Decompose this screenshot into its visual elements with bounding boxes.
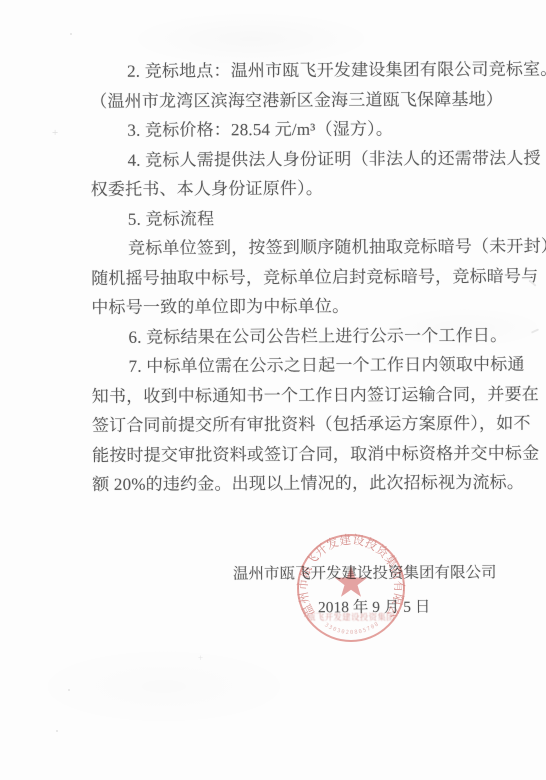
- seal-band-text: 瓯飞开发建设投资集团: [307, 612, 395, 622]
- scan-speck: [531, 328, 539, 333]
- doc-line: 知书，收到中标通知书一个工作日内签订运输合同，并要在: [92, 379, 512, 411]
- seal-serial-text: 3303020805708: [323, 621, 380, 636]
- scan-speck: [68, 689, 70, 691]
- scan-speck: [70, 33, 72, 35]
- doc-line: 5. 竞标流程: [91, 202, 511, 234]
- doc-line: 签订合同前提交所有审批资料（包括承运方案原件），如不: [92, 409, 512, 441]
- official-seal: 温州市瓯飞开发建设投资集团有限公司 瓯飞开发建设投资集团 33030208057…: [293, 530, 409, 646]
- doc-line: 4. 竞标人需提供法人身份证明（非法人的还需带法人授: [90, 143, 510, 175]
- doc-line: 7. 中标单位需在公示之日起一个工作日内领取中标通: [92, 350, 512, 382]
- doc-line: 中标号一致的单位即为中标单位。: [91, 291, 511, 323]
- doc-line: 竞标单位签到，按签到顺序随机抽取竞标暗号（未开封），: [91, 232, 511, 264]
- doc-line: 随机摇号抽取中标号，竞标单位启封竞标暗号，竞标暗号与: [91, 261, 511, 293]
- doc-line: 6. 竞标结果在公司公告栏上进行公示一个工作日。: [91, 320, 511, 352]
- scanned-document-page: 2. 竞标地点：温州市瓯飞开发建设集团有限公司竞标室。 （温州市龙湾区滨海空港新…: [0, 0, 546, 780]
- doc-line: 额 20%的违约金。出现以上情况的，此次招标视为流标。: [92, 468, 512, 500]
- scan-speck: +: [198, 653, 203, 664]
- doc-line: （温州市龙湾区滨海空港新区金海三道瓯飞保障基地）: [90, 84, 510, 116]
- document-text-block: 2. 竞标地点：温州市瓯飞开发建设集团有限公司竞标室。 （温州市龙湾区滨海空港新…: [90, 55, 512, 500]
- star-icon: [335, 566, 367, 597]
- scan-speck: [56, 730, 58, 732]
- doc-line: 3. 竞标价格：28.54 元/m³（湿方）。: [90, 114, 510, 146]
- doc-line: 权委托书、本人身份证原件）。: [91, 173, 511, 205]
- doc-line: 能按时提交审批资料或签订合同，取消中标资格并交中标金: [92, 438, 512, 470]
- scan-speck: +: [52, 128, 58, 139]
- doc-line: 2. 竞标地点：温州市瓯飞开发建设集团有限公司竞标室。: [90, 55, 510, 87]
